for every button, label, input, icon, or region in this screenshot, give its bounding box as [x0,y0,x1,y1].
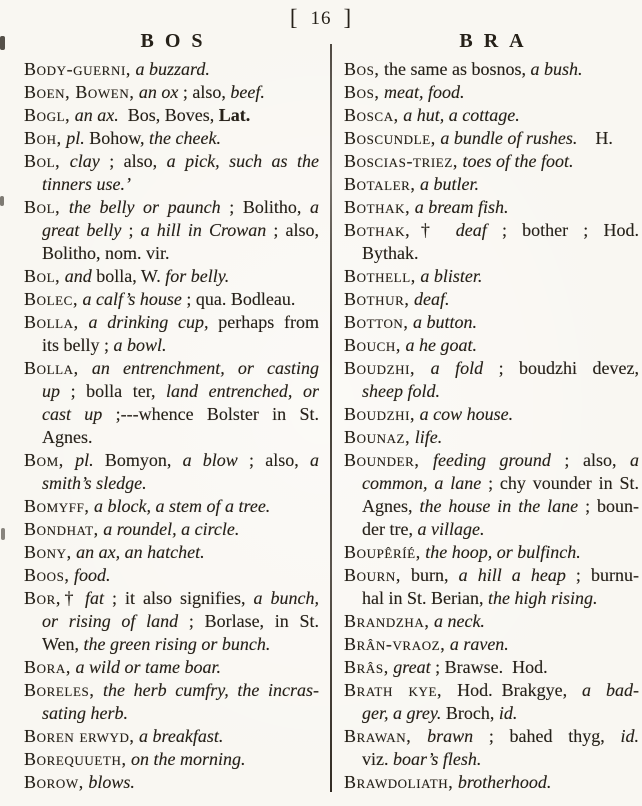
entry-line: Bourn, burn, a hill a heap ; burnu- [344,564,639,587]
definition-text: ; bolla ter, [60,381,166,401]
definition-text: ;---whence Bolster in St. [102,404,319,424]
definition-text: a bunch, [254,588,319,608]
scan-artifact [1,528,5,540]
definition-text: beef. [230,82,264,102]
definition-text: Bohow, [85,128,149,148]
definition-text [94,680,103,700]
dictionary-entry: Brân-vraoz, a raven. [344,633,639,656]
definition-text: ; qua. Bodleau. [182,289,295,309]
dictionary-entry: Bony, an ax, an hatchet. [24,541,319,564]
definition-text: feeding ground [433,450,551,470]
headword: Brâs, [344,657,389,677]
definition-text: a bundle of rushes. [440,128,577,148]
entry-line: viz. boar’s flesh. [344,748,639,771]
headword: Bothur, [344,289,409,309]
headword: Boos, [24,565,70,585]
definition-text: perhaps from [209,312,319,332]
definition-text: ; bahed thyg, [473,726,620,746]
definition-text: a button. [413,312,477,332]
headword: Bouch, [344,335,401,355]
entry-line: its belly ; a bowl. [24,334,319,357]
definition-text: ; chy vounder in St. [481,473,639,493]
dictionary-entry: Bol, clay ; also, a pick, such as thetin… [24,150,319,196]
headword: Borequueth, [24,749,127,769]
definition-text: a [310,450,319,470]
entry-line: Bothak, a bream fish. [344,196,639,219]
definition-text: a [630,450,639,470]
definition-text: † [61,588,85,608]
entry-line: Body-guerni, a buzzard. [24,58,319,81]
headword: Boreles, [24,680,94,700]
headword: Bora, [24,657,71,677]
dictionary-entry: Botaler, a butler. [344,173,639,196]
definition-text: an ax, an hatchet. [76,542,204,562]
entry-line: ger, a grey. Broch, id. [344,702,639,725]
entry-line: cast up ;---whence Bolster in St. [24,403,319,426]
entry-line: Borequueth, on the morning. [24,748,319,771]
dictionary-entry: Bol, and bolla, W. for belly. [24,265,319,288]
dictionary-entry: Bom, pl. Bomyon, a blow ; also, asmith’s… [24,449,319,495]
definition-text: the high rising. [488,588,598,608]
entry-line: Bomyff, a block, a stem of a tree. [24,495,319,518]
definition-text: toes of the foot. [462,151,573,171]
entry-line: Boreles, the herb cumfry, the incras- [24,679,319,702]
headword: Bothell, [344,266,416,286]
dictionary-entry: Bora, a wild or tame boar. [24,656,319,679]
entry-line: Bor,† fat ; it also signifies, a bunch, [24,587,319,610]
entry-line: Boen, Bowen, an ox ; also, beef. [24,81,319,104]
dictionary-entry: Boos, food. [24,564,319,587]
definition-text: Bos, Boves, [119,105,219,125]
dictionary-entry: Bothak,† deaf ; bother ; Hod.Bythak. [344,219,639,265]
definition-text: life. [415,427,443,447]
definition-text: a fold [431,358,483,378]
entry-line: Boh, pl. Bohow, the cheek. [24,127,319,150]
definition-text: Wen, [42,634,84,654]
entry-line: Brath kye, Hod. Brakgye, a bad- [344,679,639,702]
definition-text: boar’s flesh. [393,749,481,769]
entry-line: Brawdoliath, brotherhood. [344,771,639,794]
headword: Boh, [24,128,62,148]
dictionary-entry: Bolla, an entrenchment, or castingup ; b… [24,357,319,449]
dictionary-entry: Bothak, a bream fish. [344,196,639,219]
definition-text: or rising of land [42,611,178,631]
definition-text: sating herb. [42,703,128,723]
definition-text [419,450,433,470]
definition-text: Bomyon, [94,450,183,470]
headword: Bor, [24,588,61,608]
open-bracket: [ [278,5,311,30]
definition-text: id. [499,703,518,723]
headword: Brân-vraoz, [344,634,445,654]
definition-text: the same as bosnos, [380,59,531,79]
dictionary-entry: Boreles, the herb cumfry, the incras-sat… [24,679,319,725]
definition-text: Hod. Brakgye, [442,680,582,700]
headword: Botton, [344,312,409,332]
headword: Body-guerni, [24,59,131,79]
entry-line: Brân-vraoz, a raven. [344,633,639,656]
definition-text: clay [70,151,100,171]
definition-text: the house in the lane [419,496,578,516]
definition-text: ; boudzhi devez, [483,358,639,378]
headword: Bourn, [344,565,401,585]
dictionary-entry: Boudzhi, a cow house. [344,403,639,426]
headword: Boren erwyd, [24,726,135,746]
entry-line: Boudzhi, a cow house. [344,403,639,426]
definition-text: Bolitho, nom. vir. [42,243,170,263]
definition-text [60,197,69,217]
dictionary-entry: Boupêríé, the hoop, or bulfinch. [344,541,639,564]
entry-line: Boos, food. [24,564,319,587]
dictionary-entry: Bol, the belly or paunch ; Bolitho, agre… [24,196,319,265]
dictionary-entry: Boudzhi, a fold ; boudzhi devez,sheep fo… [344,357,639,403]
definition-text: id. [621,726,640,746]
definition-text: fat [85,588,104,608]
entry-line: Boudzhi, a fold ; boudzhi devez, [344,357,639,380]
definition-text: a pick, such as the [167,151,319,171]
definition-text: on the morning. [131,749,246,769]
definition-text: tinners use.’ [42,174,131,194]
dictionary-entry: Bos, the same as bosnos, a bush. [344,58,639,81]
headword: Bounaz, [344,427,410,447]
definition-text: a butler. [420,174,479,194]
headword: Bothak, [344,220,410,240]
definition-text: sheep fold. [362,381,440,401]
definition-text: a bad- [582,680,639,700]
definition-text: ; Borlase, in St. [178,611,319,631]
definition-text: an ox [139,82,179,102]
definition-text: Lat. [219,105,251,125]
definition-text: a bream fish. [415,197,509,217]
entry-line: great belly ; a hill in Crowan ; also, [24,219,319,242]
definition-text: a hut, a cottage. [403,105,519,125]
definition-text: a wild or tame boar. [75,657,221,677]
definition-text: ger, a grey. [362,703,441,723]
column-header-bra: BRA [344,28,639,54]
definition-text: deaf [456,220,487,240]
dictionary-entry: Brawdoliath, brotherhood. [344,771,639,794]
definition-text: Bythak. [362,243,419,263]
dictionary-entry: Bomyff, a block, a stem of a tree. [24,495,319,518]
dictionary-entry: Bogl, an ax. Bos, Boves, Lat. [24,104,319,127]
definition-text: common, a lane [362,473,481,493]
dictionary-entry: Borow, blows. [24,771,319,794]
definition-text [79,358,92,378]
definition-text: and [65,266,92,286]
entry-line: Bol, and bolla, W. for belly. [24,265,319,288]
definition-text: a breakfast. [139,726,223,746]
dictionary-entry: Bolec, a calf’s house ; qua. Bodleau. [24,288,319,311]
definition-text: ; also, [178,82,230,102]
headword: Bondhat, [24,519,99,539]
entry-line: Botaler, a butler. [344,173,639,196]
definition-text: a buzzard. [135,59,209,79]
column-header-bos: BOS [24,28,319,54]
entry-line: Bolec, a calf’s house ; qua. Bodleau. [24,288,319,311]
dictionary-entry: Bosca, a hut, a cottage. [344,104,639,127]
entry-line: up ; bolla ter, land entrenched, or [24,380,319,403]
definition-text: the belly or paunch [69,197,221,217]
definition-text: † [410,220,456,240]
definition-text [415,358,430,378]
entry-line: Bouch, a he goat. [344,334,639,357]
dictionary-entry: Boscundle, a bundle of rushes. H. [344,127,639,150]
headword: Bol, [24,266,60,286]
headword: Bolla, [24,358,79,378]
headword: Boscundle, [344,128,436,148]
definition-text: a bush. [531,59,583,79]
entry-line: Bounder, feeding ground ; also, a [344,449,639,472]
dictionary-entry: Bouch, a he goat. [344,334,639,357]
definition-text: great [393,657,430,677]
entry-line: Bosca, a hut, a cottage. [344,104,639,127]
definition-text: a [310,197,319,217]
dictionary-entry: Brâs, great ; Brawse. Hod. [344,656,639,679]
dictionary-entry: Boren erwyd, a breakfast. [24,725,319,748]
definition-text: a blister. [420,266,482,286]
entry-line: Bothell, a blister. [344,265,639,288]
entry-line: Boren erwyd, a breakfast. [24,725,319,748]
entry-line: Botton, a button. [344,311,639,334]
definition-text: a he goat. [405,335,477,355]
close-bracket: ] [332,5,365,30]
definition-text: brotherhood. [458,772,552,792]
entry-line: Bos, meat, food. [344,81,639,104]
page-number: 16 [311,8,332,29]
definition-text: ; [121,220,140,240]
headword: Bounder, [344,450,419,470]
headword: Boscias-triez, [344,151,458,171]
headword: Bosca, [344,105,399,125]
dictionary-page: [16] BOS Body-guerni, a buzzard.Boen, Bo… [0,0,642,806]
definition-text: Agnes. [42,427,93,447]
column-bra: BRA Bos, the same as bosnos, a bush.Bos,… [344,28,639,794]
scan-artifact [0,196,4,206]
definition-text: an ax. [75,105,119,125]
entry-line: Boscundle, a bundle of rushes. H. [344,127,639,150]
definition-text: a village. [417,519,484,539]
definition-text: the hoop, or bulfinch. [425,542,581,562]
definition-text: ; Brawse. Hod. [431,657,548,677]
definition-text: pl. [75,450,94,470]
definition-text: a raven. [450,634,509,654]
definition-text [60,151,69,171]
headword: Boudzhi, [344,404,415,424]
entry-line: Bothur, deaf. [344,288,639,311]
dictionary-entry: Brawan, brawn ; bahed thyg, id.viz. boar… [344,725,639,771]
dictionary-entry: Bothur, deaf. [344,288,639,311]
entry-list: Bos, the same as bosnos, a bush.Bos, mea… [344,58,639,794]
headword: Bogl, [24,105,70,125]
entry-line: Wen, the green rising or bunch. [24,633,319,656]
entry-line: sheep fold. [344,380,639,403]
dictionary-entry: Bondhat, a roundel, a circle. [24,518,319,541]
dictionary-entry: Bothell, a blister. [344,265,639,288]
headword: Bol, [24,151,60,171]
entry-line: common, a lane ; chy vounder in St. [344,472,639,495]
entry-line: der tre, a village. [344,518,639,541]
headword: Bolla, [24,312,79,332]
column-divider-rule [330,44,332,792]
headword: Bos, [344,82,380,102]
dictionary-entry: Brandzha, a neck. [344,610,639,633]
definition-text [79,312,89,332]
definition-text: an entrenchment, or casting [92,358,319,378]
headword: Boupêríé, [344,542,421,562]
definition-text: a hill in Crowan [141,220,267,240]
dictionary-entry: Body-guerni, a buzzard. [24,58,319,81]
entry-line: Bolla, a drinking cup, perhaps from [24,311,319,334]
definition-text: deaf. [414,289,450,309]
definition-text: a hill a heap [459,565,566,585]
entry-line: Bogl, an ax. Bos, Boves, Lat. [24,104,319,127]
definition-text: a roundel, a circle. [103,519,239,539]
entry-line: Boscias-triez, toes of the foot. [344,150,639,173]
definition-text: the cheek. [149,128,221,148]
definition-text: blows. [88,772,135,792]
definition-text: meat, food. [384,82,465,102]
headword: Brawan, [344,726,411,746]
headword: Bom, [24,450,64,470]
definition-text: cast up [42,404,102,424]
definition-text: a neck. [434,611,485,631]
entry-line: sating herb. [24,702,319,725]
scan-artifact [0,36,5,50]
definition-text: Broch, [441,703,499,723]
entry-line: Agnes. [24,426,319,449]
dictionary-entry: Boen, Bowen, an ox ; also, beef. [24,81,319,104]
definition-text: land entrenched, or [166,381,319,401]
dictionary-entry: Bounaz, life. [344,426,639,449]
definition-text: a drinking cup, [89,312,209,332]
definition-text: food. [74,565,111,585]
entry-line: Boupêríé, the hoop, or bulfinch. [344,541,639,564]
dictionary-entry: Botton, a button. [344,311,639,334]
entry-list: Body-guerni, a buzzard.Boen, Bowen, an o… [24,58,319,794]
dictionary-entry: Boscias-triez, toes of the foot. [344,150,639,173]
definition-text: ; also, [551,450,630,470]
definition-text: Agnes, [362,496,419,516]
definition-text [64,450,75,470]
entry-line: Bol, the belly or paunch ; Bolitho, a [24,196,319,219]
entry-line: or rising of land ; Borlase, in St. [24,610,319,633]
dictionary-entry: Bolla, a drinking cup, perhaps fromits b… [24,311,319,357]
dictionary-entry: Bos, meat, food. [344,81,639,104]
definition-text: ; Bolitho, [221,197,310,217]
headword: Borow, [24,772,84,792]
definition-text: its belly ; [42,335,114,355]
headword: Bolec, [24,289,78,309]
entry-line: Bos, the same as bosnos, a bush. [344,58,639,81]
column-bos: BOS Body-guerni, a buzzard.Boen, Bowen, … [24,28,319,794]
definition-text: burn, [401,565,459,585]
headword: Brandzha, [344,611,429,631]
entry-line: Bol, clay ; also, a pick, such as the [24,150,319,173]
headword: Boudzhi, [344,358,415,378]
dictionary-entry: Boh, pl. Bohow, the cheek. [24,127,319,150]
dictionary-entry: Brath kye, Hod. Brakgye, a bad-ger, a gr… [344,679,639,725]
definition-text: the herb cumfry, the incras- [103,680,319,700]
headword: Botaler, [344,174,416,194]
headword: Bos, [344,59,380,79]
entry-line: Brawan, brawn ; bahed thyg, id. [344,725,639,748]
headword: Bothak, [344,197,410,217]
entry-line: hal in St. Berian, the high rising. [344,587,639,610]
definition-text: ; also, [100,151,167,171]
entry-line: Brandzha, a neck. [344,610,639,633]
entry-line: Agnes, the house in the lane ; boun- [344,495,639,518]
definition-text: ; bother ; Hod. [487,220,639,240]
definition-text [411,726,427,746]
definition-text: up [42,381,60,401]
entry-line: Bony, an ax, an hatchet. [24,541,319,564]
definition-text: a cow house. [420,404,514,424]
entry-line: Bythak. [344,242,639,265]
headword: Boen, Bowen, [24,82,134,102]
dictionary-entry: Bounder, feeding ground ; also, acommon,… [344,449,639,541]
headword: Brath kye, [344,680,442,700]
entry-line: Bothak,† deaf ; bother ; Hod. [344,219,639,242]
definition-text: der tre, [362,519,417,539]
definition-text: brawn [427,726,473,746]
definition-text: pl. [66,128,85,148]
definition-text: H. [577,128,613,148]
definition-text: a bowl. [114,335,167,355]
dictionary-entry: Bor,† fat ; it also signifies, a bunch,o… [24,587,319,656]
definition-text: for belly. [165,266,229,286]
definition-text: viz. [362,749,393,769]
definition-text: a block, a stem of a tree. [94,496,270,516]
entry-line: Bom, pl. Bomyon, a blow ; also, a [24,449,319,472]
entry-line: Bolla, an entrenchment, or casting [24,357,319,380]
entry-line: smith’s sledge. [24,472,319,495]
entry-line: Bondhat, a roundel, a circle. [24,518,319,541]
definition-text: ; boun- [578,496,639,516]
headword: Brawdoliath, [344,772,453,792]
entry-line: tinners use.’ [24,173,319,196]
headword: Bol, [24,197,60,217]
definition-text: ; burnu- [566,565,639,585]
definition-text: hal in St. Berian, [362,588,488,608]
entry-line: Bolitho, nom. vir. [24,242,319,265]
definition-text: smith’s sledge. [42,473,147,493]
definition-text: a blow [183,450,238,470]
entry-line: Borow, blows. [24,771,319,794]
definition-text: the green rising or bunch. [84,634,271,654]
definition-text: ; also, [266,220,319,240]
definition-text: great belly [42,220,121,240]
definition-text: ; it also signifies, [104,588,254,608]
definition-text: bolla, W. [92,266,166,286]
dictionary-entry: Borequueth, on the morning. [24,748,319,771]
entry-line: Brâs, great ; Brawse. Hod. [344,656,639,679]
page-number-header: [16] [0,4,642,30]
headword: Bomyff, [24,496,90,516]
dictionary-entry: Bourn, burn, a hill a heap ; burnu-hal i… [344,564,639,610]
headword: Bony, [24,542,72,562]
entry-line: Bounaz, life. [344,426,639,449]
definition-text: a calf’s house [83,289,182,309]
definition-text: ; also, [238,450,310,470]
entry-line: Bora, a wild or tame boar. [24,656,319,679]
